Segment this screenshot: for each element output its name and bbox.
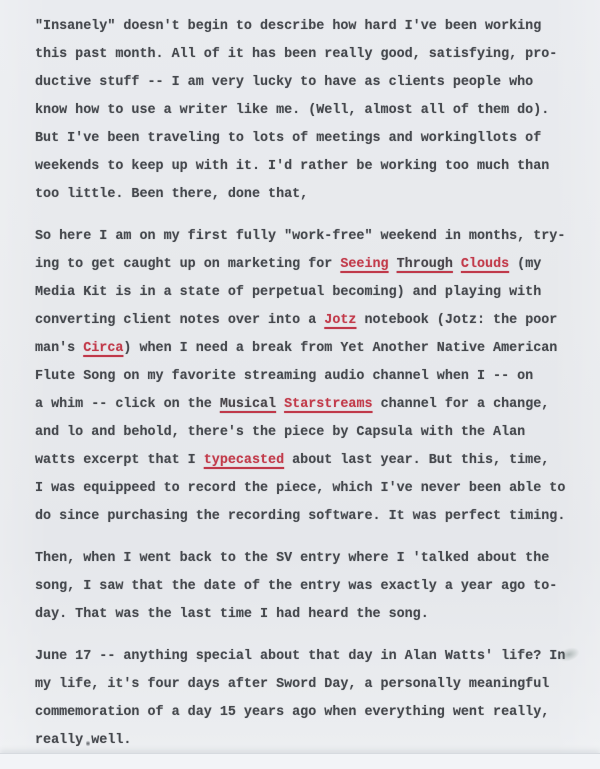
text-line: do since purchasing the recording softwa…	[35, 503, 580, 531]
text-line: commemoration of a day 15 years ago when…	[35, 699, 580, 727]
text-line: June 17 -- anything special about that d…	[35, 643, 580, 671]
paper-bottom-edge	[0, 754, 600, 769]
text-line: I was equippeed to record the piece, whi…	[35, 475, 580, 503]
paragraph: So here I am on my first fully "work-fre…	[35, 223, 580, 531]
text-line: ductive stuff -- I am very lucky to have…	[35, 69, 580, 97]
text-line: know how to use a writer like me. (Well,…	[35, 97, 580, 125]
inline-link[interactable]: Musical	[220, 397, 276, 412]
text-segment: I was equippeed to record the piece, whi…	[35, 481, 565, 496]
text-segment: weekends to keep up with it. I'd rather …	[35, 159, 549, 174]
text-line: watts excerpt that I typecasted about la…	[35, 447, 580, 475]
text-segment: commemoration of a day 15 years ago when…	[35, 705, 549, 720]
text-segment: day. That was the last time I had heard …	[35, 607, 429, 622]
text-segment: know how to use a writer like me. (Well,…	[35, 103, 549, 118]
text-line: man's Circa) when I need a break from Ye…	[35, 335, 580, 363]
text-segment: ) when I need a break from Yet Another N…	[123, 341, 557, 356]
text-line: really well.	[35, 727, 580, 755]
inline-link[interactable]: Clouds	[461, 257, 509, 272]
text-segment	[453, 257, 461, 272]
text-line: too little. Been there, done that,	[35, 181, 580, 209]
inline-link[interactable]: Starstreams	[284, 397, 372, 412]
text-segment: Then, when I went back to the SV entry w…	[35, 551, 549, 566]
text-segment: channel for a change,	[373, 397, 550, 412]
text-segment: watts excerpt that I	[35, 453, 204, 468]
paragraph: "Insanely" doesn't begin to describe how…	[35, 13, 580, 209]
text-line: ing to get caught up on marketing for Se…	[35, 251, 580, 279]
text-segment: really well.	[35, 733, 131, 748]
text-segment	[389, 257, 397, 272]
text-line: But I've been traveling to lots of meeti…	[35, 125, 580, 153]
text-segment: about last year. But this, time,	[284, 453, 549, 468]
paragraph: June 17 -- anything special about that d…	[35, 643, 580, 755]
text-segment: (my	[509, 257, 541, 272]
text-line: my life, it's four days after Sword Day,…	[35, 671, 580, 699]
paragraph: Then, when I went back to the SV entry w…	[35, 545, 580, 629]
inline-link[interactable]: typecasted	[204, 453, 284, 468]
text-line: song, I saw that the date of the entry w…	[35, 573, 580, 601]
text-line: day. That was the last time I had heard …	[35, 601, 580, 629]
text-segment: notebook (Jotz: the poor	[356, 313, 557, 328]
text-line: and lo and behold, there's the piece by …	[35, 419, 580, 447]
text-segment: this past month. All of it has been real…	[35, 47, 557, 62]
text-segment: song, I saw that the date of the entry w…	[35, 579, 557, 594]
inline-link[interactable]: Jotz	[324, 313, 356, 328]
text-segment: do since purchasing the recording softwa…	[35, 509, 565, 524]
text-segment: a whim -- click on the	[35, 397, 220, 412]
inline-link[interactable]: Circa	[83, 341, 123, 356]
text-line: Media Kit is in a state of perpetual bec…	[35, 279, 580, 307]
text-line: So here I am on my first fully "work-fre…	[35, 223, 580, 251]
text-line: a whim -- click on the Musical Starstrea…	[35, 391, 580, 419]
text-segment	[276, 397, 284, 412]
text-segment: So here I am on my first fully "work-fre…	[35, 229, 565, 244]
ink-speck	[86, 740, 90, 747]
text-line: this past month. All of it has been real…	[35, 41, 580, 69]
text-line: weekends to keep up with it. I'd rather …	[35, 153, 580, 181]
text-segment: ductive stuff -- I am very lucky to have…	[35, 75, 533, 90]
text-segment: But I've been traveling to lots of meeti…	[35, 131, 541, 146]
text-line: Flute Song on my favorite streaming audi…	[35, 363, 580, 391]
text-segment: Media Kit is in a state of perpetual bec…	[35, 285, 541, 300]
text-segment: man's	[35, 341, 83, 356]
text-line: Then, when I went back to the SV entry w…	[35, 545, 580, 573]
text-segment: Flute Song on my favorite streaming audi…	[35, 369, 533, 384]
text-segment: June 17 -- anything special about that d…	[35, 649, 565, 664]
text-segment: too little. Been there, done that,	[35, 187, 308, 202]
text-segment: my life, it's four days after Sword Day,…	[35, 677, 549, 692]
inline-link[interactable]: Through	[397, 257, 453, 272]
text-segment: converting client notes over into a	[35, 313, 324, 328]
text-line: converting client notes over into a Jotz…	[35, 307, 580, 335]
text-segment: and lo and behold, there's the piece by …	[35, 425, 525, 440]
typewritten-page: "Insanely" doesn't begin to describe how…	[35, 13, 580, 769]
text-line: "Insanely" doesn't begin to describe how…	[35, 13, 580, 41]
text-segment: ing to get caught up on marketing for	[35, 257, 340, 272]
inline-link[interactable]: Seeing	[340, 257, 388, 272]
text-segment: "Insanely" doesn't begin to describe how…	[35, 19, 541, 34]
